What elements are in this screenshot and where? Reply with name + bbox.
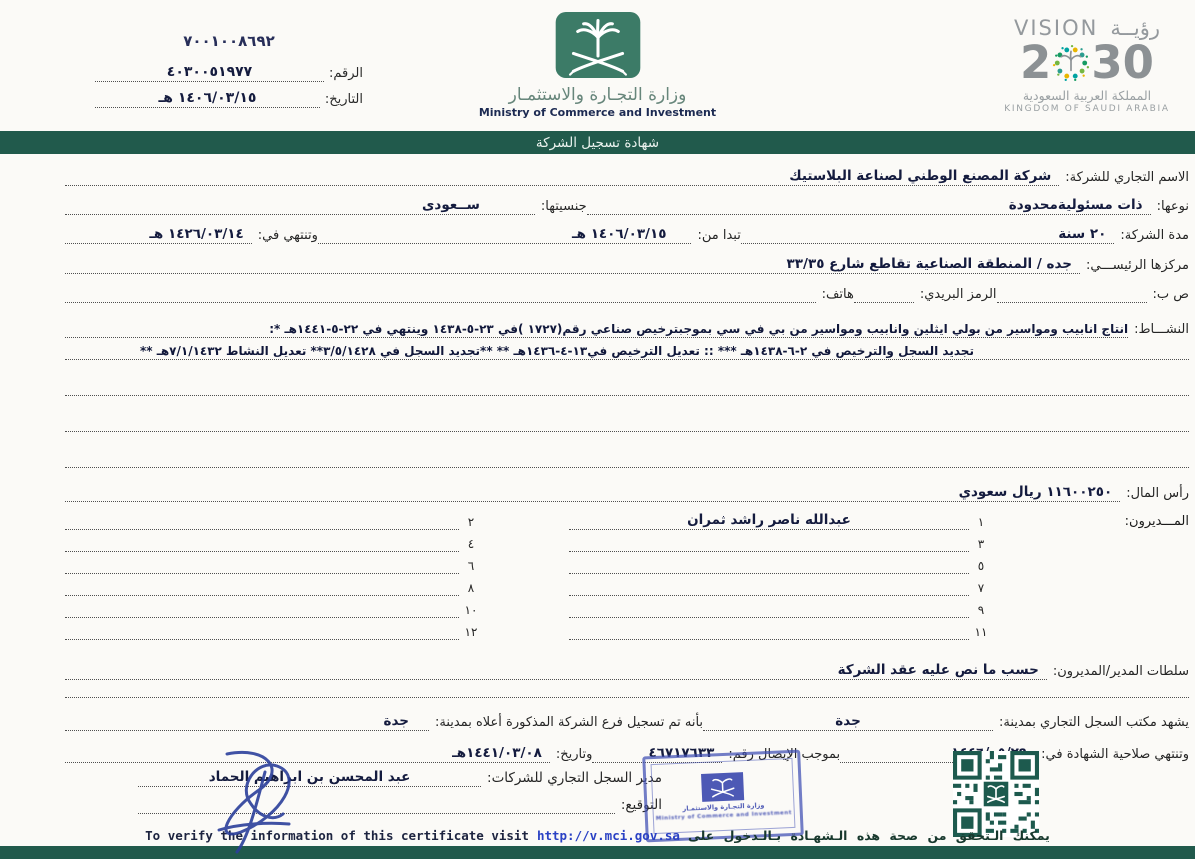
registrar-name: عبد المحسن بن ابراهيم الحماد xyxy=(209,769,411,786)
manager-line xyxy=(65,639,459,640)
duration-row: مدة الشركة: ٢٠ سنة تبدا من: ١٤٠٦/٠٣/١٥ ه… xyxy=(65,222,1189,244)
manager-number: ١٢ xyxy=(459,625,483,640)
end-date-line: ١٤٢٦/٠٣/١٤ هـ xyxy=(65,226,252,244)
start-date-value: ١٤٠٦/٠٣/١٥ هـ xyxy=(572,226,666,243)
manager-line xyxy=(569,551,969,552)
phone-line xyxy=(65,302,816,303)
manager-number: ٢ xyxy=(459,515,483,530)
activity-text-1: انتاج انابيب ومواسير من بولي ايثلين وانا… xyxy=(269,322,1128,337)
vision-year-suffix: 30 xyxy=(1091,40,1154,85)
manager-line xyxy=(569,639,969,640)
start-date-line: ١٤٠٦/٠٣/١٥ هـ xyxy=(318,226,692,244)
ministry-stamp-inner: وزارة التجـارة والاستثمـار Ministry of C… xyxy=(651,758,796,834)
vision-year-prefix: 2 xyxy=(1020,40,1051,85)
manager-number: ٦ xyxy=(459,559,483,574)
manager-line xyxy=(569,573,969,574)
number-line: ٤٠٣٠٠٥١٩٧٧ xyxy=(95,64,324,82)
ministry-logo: وزارة التجـارة والاستثمـار Ministry of C… xyxy=(458,12,738,119)
registry-office-label: يشهد مكتب السجل التجاري بمدينة: xyxy=(993,715,1189,731)
manager-number: ٨ xyxy=(459,581,483,596)
activity-text-2: تجديد السجل والترخيص في ٢-٦-١٤٣٨هـ *** :… xyxy=(140,344,974,359)
number-field: الرقم: ٤٠٣٠٠٥١٩٧٧ xyxy=(95,56,363,82)
nationality-label: جنسيتها: xyxy=(535,199,587,215)
vision-ornament-icon xyxy=(1052,44,1090,82)
registrar-block: مدير السجل التجاري للشركات: عبد المحسن ب… xyxy=(138,760,662,814)
manager-row: ٩ ١٠ xyxy=(65,596,1189,618)
verify-text-ar: يمكنك الـتحقق من صحة هذه الـشهـادة بـالـ… xyxy=(688,828,1050,843)
manager-line xyxy=(65,617,459,618)
manager-row: ٥ ٦ xyxy=(65,552,1189,574)
manager-line xyxy=(65,551,459,552)
manager-number: ٣ xyxy=(969,537,993,552)
serial-number: ٧٠٠١٠٠٨٦٩٢ xyxy=(95,32,363,50)
registrar-label: مدير السجل التجاري للشركات: xyxy=(481,770,662,787)
manager-name: عبدالله ناصر راشد ثمران xyxy=(687,512,851,529)
activity-line-1: انتاج انابيب ومواسير من بولي ايثلين وانا… xyxy=(65,322,1128,338)
manager-line: عبدالله ناصر راشد ثمران xyxy=(569,512,969,530)
number-value: ٤٠٣٠٠٥١٩٧٧ xyxy=(167,64,252,81)
nationality-value: ســعودى xyxy=(422,197,480,214)
registry-office-row: يشهد مكتب السجل التجاري بمدينة: جدة بأنه… xyxy=(65,709,1189,731)
capital-row: رأس المال: ١١٦٠٠٢٥٠ ريال سعودي xyxy=(65,480,1189,502)
duration-line: ٢٠ سنة xyxy=(741,226,1115,244)
blank-line xyxy=(65,680,1189,698)
capital-value: ١١٦٠٠٢٥٠ ريال سعودي xyxy=(959,484,1113,501)
manager-row: ١١ ١٢ xyxy=(65,618,1189,640)
zip-line xyxy=(854,302,914,303)
activity-line-2: تجديد السجل والترخيص في ٢-٦-١٤٣٨هـ *** :… xyxy=(65,344,1189,360)
certificate-page: ٧٠٠١٠٠٨٦٩٢ الرقم: ٤٠٣٠٠٥١٩٧٧ التاريخ: ١٤… xyxy=(0,0,1195,859)
manager-row: ٣ ٤ xyxy=(65,530,1189,552)
capital-line: ١١٦٠٠٢٥٠ ريال سعودي xyxy=(65,484,1120,502)
certificate-title-bar: شهادة تسجيل الشركة xyxy=(0,131,1195,154)
stamp-text-2: Ministry of Commerce and Investment xyxy=(656,810,792,822)
manager-number: ١ xyxy=(969,515,993,530)
manager-number: ١١ xyxy=(969,625,993,640)
vision-kingdom-ar: المملكة العربية السعودية xyxy=(991,88,1183,103)
powers-value: حسب ما نص عليه عقد الشركة xyxy=(838,662,1039,679)
manager-line xyxy=(65,529,459,530)
trade-name-label: الاسم التجاري للشركة: xyxy=(1059,170,1189,186)
manager-line xyxy=(65,573,459,574)
contact-row: ص ب: الرمز البريدي: هاتف: xyxy=(65,281,1189,303)
manager-number: ١٠ xyxy=(459,603,483,618)
date-line: ١٤٠٦/٠٣/١٥ هـ xyxy=(95,90,320,108)
manager-number: ٥ xyxy=(969,559,993,574)
saudi-emblem-icon xyxy=(555,12,641,78)
activity-row: النشـــاط: انتاج انابيب ومواسير من بولي … xyxy=(65,316,1189,338)
activity-label: النشـــاط: xyxy=(1128,322,1189,338)
registrar-line: عبد المحسن بن ابراهيم الحماد xyxy=(138,769,481,787)
hq-value: جده / المنطقة الصناعية تقاطع شارع ٣٣/٣٥ xyxy=(787,256,1072,273)
certificate-form: الاسم التجاري للشركة: شركة المصنع الوطني… xyxy=(65,158,1189,763)
hq-line: جده / المنطقة الصناعية تقاطع شارع ٣٣/٣٥ xyxy=(65,256,1080,274)
manager-line xyxy=(569,617,969,618)
manager-line xyxy=(569,595,969,596)
powers-row: سلطات المدير/المديرون: حسب ما نص عليه عق… xyxy=(65,658,1189,680)
pobox-label: ص ب: xyxy=(1147,287,1189,303)
powers-line: حسب ما نص عليه عقد الشركة xyxy=(65,662,1047,680)
vision-year: 2 xyxy=(991,40,1183,85)
header-numbers: ٧٠٠١٠٠٨٦٩٢ الرقم: ٤٠٣٠٠٥١٩٧٧ التاريخ: ١٤… xyxy=(95,32,363,108)
trade-name-line: شركة المصنع الوطني لصناعة البلاستيك xyxy=(65,168,1059,186)
duration-label: مدة الشركة: xyxy=(1114,228,1189,244)
managers-label: المـــديرون: xyxy=(993,514,1189,530)
pobox-line xyxy=(997,302,1147,303)
signature-line xyxy=(138,813,615,814)
end-date-value: ١٤٢٦/٠٣/١٤ هـ xyxy=(149,226,243,243)
manager-row: المـــديرون: ١ عبدالله ناصر راشد ثمران ٢ xyxy=(65,508,1189,530)
registry-office-line: جدة xyxy=(703,713,993,731)
duration-value: ٢٠ سنة xyxy=(1058,226,1106,243)
type-value: ذات مسئوليةمحدودة xyxy=(1009,197,1143,214)
vision-kingdom-en: KINGDOM OF SAUDI ARABIA xyxy=(991,104,1183,114)
manager-number: ٧ xyxy=(969,581,993,596)
qr-code xyxy=(953,751,1039,837)
trade-name-row: الاسم التجاري للشركة: شركة المصنع الوطني… xyxy=(65,164,1189,186)
manager-number: ٩ xyxy=(969,603,993,618)
date-label: التاريخ: xyxy=(325,92,363,108)
end-date-label: وتنتهي في: xyxy=(252,228,318,244)
registry-office-city: جدة xyxy=(835,713,861,730)
number-label: الرقم: xyxy=(329,66,363,82)
registrar-row: مدير السجل التجاري للشركات: عبد المحسن ب… xyxy=(138,760,662,787)
trade-name-value: شركة المصنع الوطني لصناعة البلاستيك xyxy=(789,168,1051,185)
phone-label: هاتف: xyxy=(816,287,854,303)
nationality-line: ســعودى xyxy=(65,197,535,215)
date-value: ١٤٠٦/٠٣/١٥ هـ xyxy=(158,90,256,107)
date-field: التاريخ: ١٤٠٦/٠٣/١٥ هـ xyxy=(95,82,363,108)
zip-label: الرمز البريدي: xyxy=(914,287,997,303)
type-label: نوعها: xyxy=(1151,199,1189,215)
verify-url-link[interactable]: http://v.mci.gov.sa xyxy=(537,828,680,843)
type-line: ذات مسئوليةمحدودة xyxy=(587,197,1151,215)
blank-line xyxy=(65,439,1189,468)
verify-line: To verify the information of this certif… xyxy=(0,828,1195,843)
branch-line: جدة xyxy=(65,713,429,731)
branch-label: بأنه تم تسجيل فرع الشركة المذكورة أعلاه … xyxy=(429,715,703,731)
hq-label: مركزها الرئيســـي: xyxy=(1080,258,1189,274)
vision-2030-logo: VISION رؤيــة 2 xyxy=(991,16,1183,114)
stamp-emblem-icon xyxy=(701,772,744,802)
powers-label: سلطات المدير/المديرون: xyxy=(1047,664,1189,680)
blank-line xyxy=(65,403,1189,432)
manager-row: ٧ ٨ xyxy=(65,574,1189,596)
ministry-name-ar: وزارة التجـارة والاستثمـار xyxy=(458,85,738,105)
manager-line xyxy=(65,595,459,596)
activity-row-2: تجديد السجل والترخيص في ٢-٦-١٤٣٨هـ *** :… xyxy=(65,338,1189,360)
blank-line xyxy=(65,367,1189,396)
branch-city: جدة xyxy=(383,713,409,730)
verify-text-en: To verify the information of this certif… xyxy=(145,828,529,843)
manager-number: ٤ xyxy=(459,537,483,552)
type-nationality-row: نوعها: ذات مسئوليةمحدودة جنسيتها: ســعود… xyxy=(65,193,1189,215)
ministry-name-en: Ministry of Commerce and Investment xyxy=(458,106,738,119)
validity-label: وتنتهي صلاحية الشهادة في: xyxy=(1035,747,1189,763)
hq-row: مركزها الرئيســـي: جده / المنطقة الصناعي… xyxy=(65,252,1189,274)
capital-label: رأس المال: xyxy=(1120,486,1189,502)
start-date-label: تبدا من: xyxy=(691,228,740,244)
bottom-green-bar xyxy=(0,846,1195,859)
signature-row: التوقيع: xyxy=(138,787,662,814)
